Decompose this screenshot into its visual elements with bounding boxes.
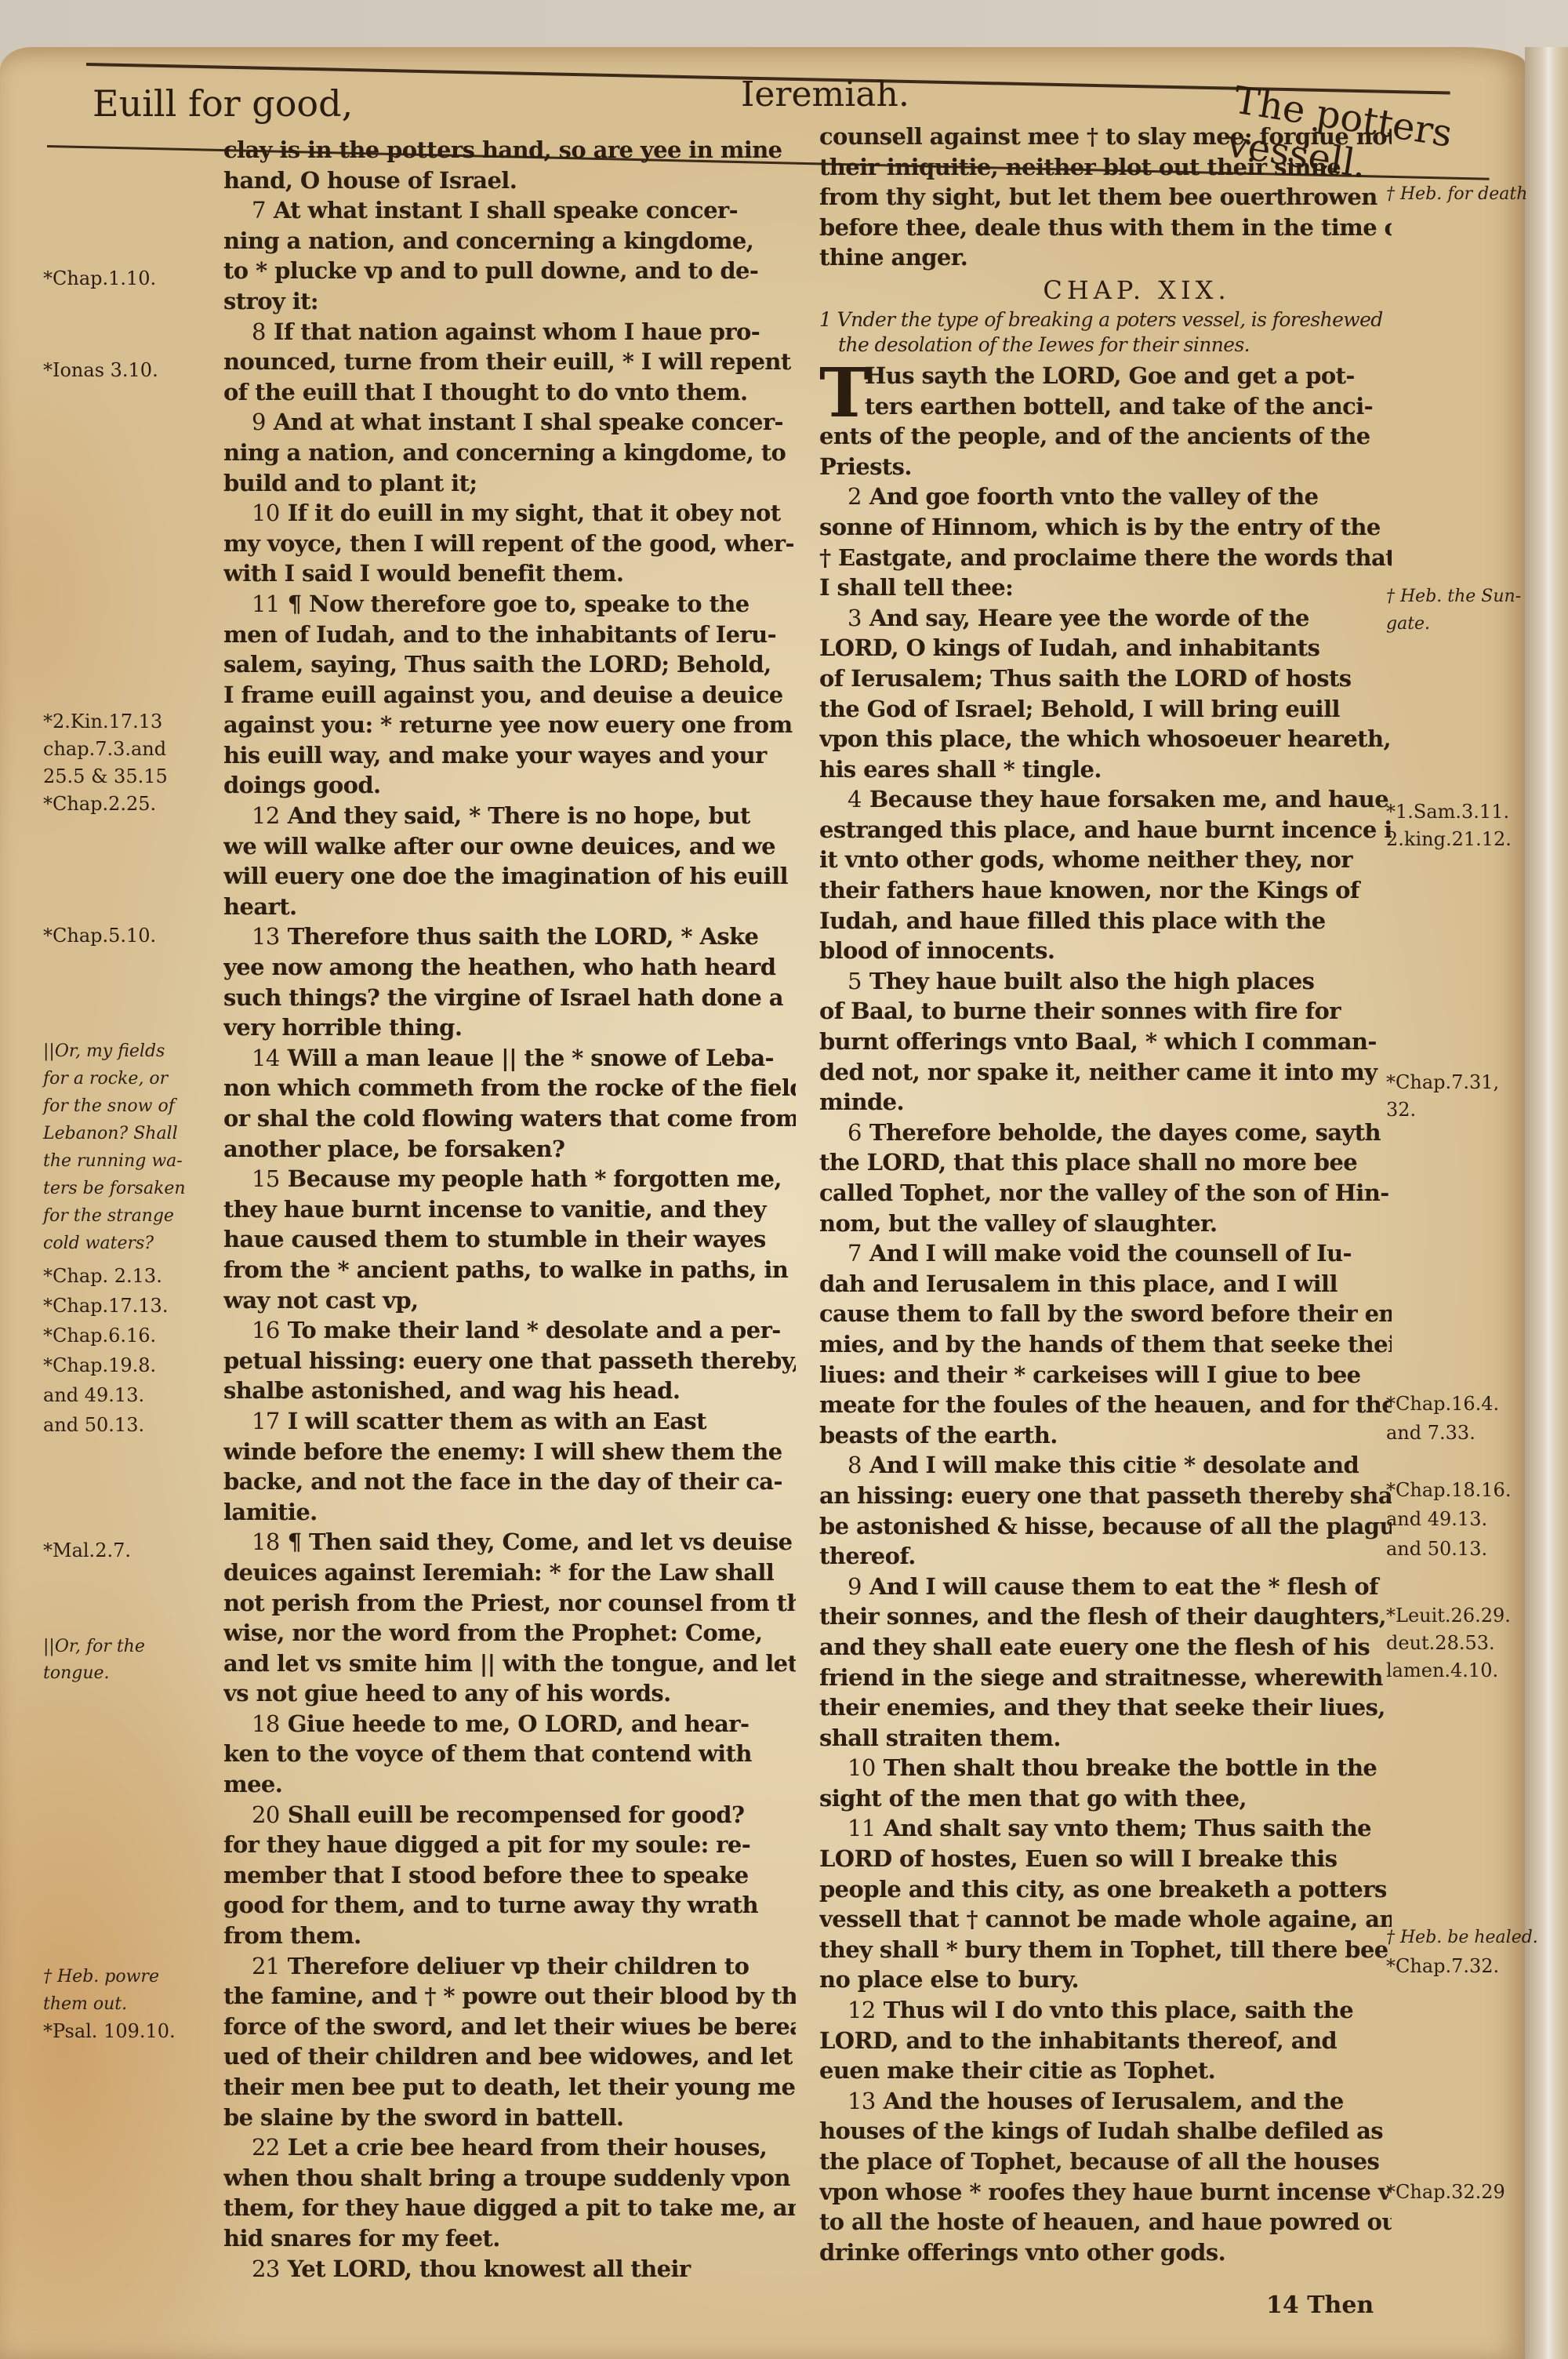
verse-text: very horrible thing. bbox=[223, 1014, 462, 1041]
text-line: non which commeth from the rocke of the … bbox=[223, 1073, 796, 1103]
text-line: doings good. bbox=[223, 770, 796, 801]
margin-note: Lebanon? Shall bbox=[43, 1121, 178, 1146]
verse-line: 16To make their land * desolate and a pe… bbox=[223, 1315, 796, 1346]
verse-text: ning a nation, and concerning a kingdome… bbox=[223, 227, 753, 254]
text-line: or shal the cold flowing waters that com… bbox=[223, 1103, 796, 1134]
text-line: drinke offerings vnto other gods. bbox=[819, 2237, 1392, 2268]
text-line: clay is in the potters hand, so are yee … bbox=[223, 135, 796, 165]
text-line: of Ierusalem; Thus saith the LORD of hos… bbox=[819, 663, 1392, 694]
margin-note: *Leuit.26.29. bbox=[1386, 1604, 1511, 1627]
verse-number: 8 bbox=[848, 1452, 862, 1478]
verse-number: 21 bbox=[252, 1953, 280, 1979]
verse-text: And shalt say vnto them; Thus saith the bbox=[884, 1815, 1371, 1841]
text-line: from thy sight, but let them bee ouerthr… bbox=[819, 182, 1392, 213]
text-line: ning a nation, and concerning a kingdome… bbox=[223, 438, 796, 468]
text-line: my voyce, then I will repent of the good… bbox=[223, 529, 796, 559]
text-line: counsell against mee † to slay mee: forg… bbox=[819, 122, 1392, 152]
verse-line: 7At what instant I shall speake concer- bbox=[223, 195, 796, 226]
text-line: cause them to fall by the sword before t… bbox=[819, 1299, 1392, 1329]
verse-text: they shall * bury them in Tophet, till t… bbox=[819, 1936, 1388, 1963]
verse-line: 5They haue built also the high places bbox=[819, 966, 1392, 997]
verse-text: they haue burnt incense to vanitie, and … bbox=[223, 1196, 766, 1223]
text-line: wise, nor the word from the Prophet: Com… bbox=[223, 1618, 796, 1648]
text-line: be slaine by the sword in battell. bbox=[223, 2103, 796, 2133]
margin-note: tongue. bbox=[43, 1661, 110, 1685]
verse-number: 12 bbox=[848, 1997, 876, 2023]
chapter-summary: 1 Vnder the type of breaking a poters ve… bbox=[819, 307, 1392, 358]
verse-text: At what instant I shall speake concer- bbox=[274, 197, 738, 224]
text-line: their enemies, and they that seeke their… bbox=[819, 1692, 1392, 1723]
text-line: will euery one doe the imagination of hi… bbox=[223, 861, 796, 892]
verse-text: vessell that † cannot be made whole agai… bbox=[819, 1906, 1392, 1932]
verse-text: them, for they haue digged a pit to take… bbox=[223, 2194, 796, 2221]
verse-line: 4Because they haue forsaken me, and haue bbox=[819, 784, 1392, 815]
verse-number: 10 bbox=[848, 1754, 876, 1781]
verse-number: 5 bbox=[848, 968, 862, 994]
verse-line: 21Therefore deliuer vp their children to bbox=[223, 1951, 796, 1982]
verse-line: 8And I will make this citie * desolate a… bbox=[819, 1450, 1392, 1481]
text-line: people and this city, as one breaketh a … bbox=[819, 1874, 1392, 1905]
verse-number: 18 bbox=[252, 1528, 280, 1555]
margin-note: 25.5 & 35.15 bbox=[43, 765, 168, 788]
verse-number: 10 bbox=[252, 500, 280, 526]
text-line: shalbe astonished, and wag his head. bbox=[223, 1376, 796, 1406]
verse-line: 11¶ Now therefore goe to, speake to the bbox=[223, 589, 796, 620]
text-line: heart. bbox=[223, 892, 796, 922]
verse-number: 7 bbox=[848, 1240, 862, 1267]
verse-number: 23 bbox=[252, 2255, 280, 2282]
summary-number: 1 bbox=[819, 308, 831, 331]
verse-line: 3And say, Heare yee the worde of the bbox=[819, 603, 1392, 634]
text-line: liues: and their * carkeises will I giue… bbox=[819, 1360, 1392, 1390]
margin-note: *Chap.32.29 bbox=[1386, 2180, 1505, 2204]
verse-number: 20 bbox=[252, 1801, 280, 1828]
margin-note: for the snow of bbox=[43, 1094, 175, 1118]
verse-number: 16 bbox=[252, 1317, 280, 1343]
text-line: them, for they haue digged a pit to take… bbox=[223, 2193, 796, 2223]
verse-text: non which commeth from the rocke of the … bbox=[223, 1074, 796, 1101]
text-line: vs not giue heed to any of his words. bbox=[223, 1678, 796, 1709]
verse-line: 18Giue heede to me, O LORD, and hear- bbox=[223, 1709, 796, 1739]
verse-text: salem, saying, Thus saith the LORD; Beho… bbox=[223, 651, 771, 678]
verse-number: 13 bbox=[252, 923, 280, 950]
verse-line: 18¶ Then said they, Come, and let vs deu… bbox=[223, 1527, 796, 1558]
text-line: burnt offerings vnto Baal, * which I com… bbox=[819, 1027, 1392, 1057]
margin-note: *Chap.16.4. bbox=[1386, 1392, 1499, 1416]
margin-note: gate. bbox=[1386, 612, 1430, 636]
text-line: against you: * returne yee now euery one… bbox=[223, 710, 796, 740]
text-line: the God of Israel; Behold, I will bring … bbox=[819, 694, 1392, 725]
chapter-opening: T Hus sayth the LORD, Goe and get a pot-… bbox=[819, 361, 1392, 421]
text-line: haue caused them to stumble in their way… bbox=[223, 1224, 796, 1255]
text-line: euen make their citie as Tophet. bbox=[819, 2055, 1392, 2086]
verse-text: force of the sword, and let their wiues … bbox=[223, 2013, 796, 2040]
text-line: backe, and not the face in the day of th… bbox=[223, 1467, 796, 1497]
margin-note: † Heb. the Sun- bbox=[1386, 584, 1521, 609]
verse-text: euen make their citie as Tophet. bbox=[819, 2057, 1215, 2084]
margin-note: ters be forsaken bbox=[43, 1176, 186, 1201]
verse-text: good for them, and to turne away thy wra… bbox=[223, 1892, 758, 1918]
verse-line: 13Therefore thus saith the LORD, * Aske bbox=[223, 921, 796, 952]
verse-line: 9And I will cause them to eat the * fles… bbox=[819, 1572, 1392, 1602]
verse-text: and let vs smite him || with the tongue,… bbox=[223, 1650, 796, 1677]
left-text-column: clay is in the potters hand, so are yee … bbox=[223, 135, 796, 2284]
opening-line-2: ters earthen bottell, and take of the an… bbox=[865, 391, 1392, 422]
text-line: dah and Ierusalem in this place, and I w… bbox=[819, 1269, 1392, 1299]
verse-line: 23Yet LORD, thou knowest all their bbox=[223, 2254, 796, 2284]
text-line: build and to plant it; bbox=[223, 468, 796, 499]
text-line: way not cast vp, bbox=[223, 1285, 796, 1316]
text-line: meate for the foules of the heauen, and … bbox=[819, 1390, 1392, 1420]
margin-note: ||Or, for the bbox=[43, 1634, 145, 1659]
text-line: to * plucke vp and to pull downe, and to… bbox=[223, 256, 796, 286]
text-line: thine anger. bbox=[819, 242, 1392, 273]
verse-text: petual hissing: euery one that passeth t… bbox=[223, 1347, 796, 1374]
verse-number: 8 bbox=[252, 318, 266, 345]
verse-text: mies, and by the hands of them that seek… bbox=[819, 1331, 1392, 1358]
verse-text: their men bee put to death, let their yo… bbox=[223, 2074, 796, 2100]
drop-cap: T bbox=[819, 362, 869, 425]
text-line: ning a nation, and concerning a kingdome… bbox=[223, 226, 796, 256]
verse-text: when thou shalt bring a troupe suddenly … bbox=[223, 2165, 790, 2191]
text-line: their men bee put to death, let their yo… bbox=[223, 2072, 796, 2103]
text-line: ued of their children and bee widowes, a… bbox=[223, 2041, 796, 2072]
verse-text: to all the hoste of heauen, and haue pow… bbox=[819, 2208, 1392, 2235]
verse-text: winde before the enemy: I will shew them… bbox=[223, 1438, 782, 1465]
text-line: LORD, O kings of Iudah, and inhabitants bbox=[819, 633, 1392, 663]
verse-text: heart. bbox=[223, 893, 297, 920]
verse-text: And I will cause them to eat the * flesh… bbox=[869, 1573, 1378, 1600]
text-line: LORD of hostes, Euen so will I breake th… bbox=[819, 1844, 1392, 1874]
text-line: nom, but the valley of slaughter. bbox=[819, 1209, 1392, 1239]
verse-text: from the * ancient paths, to walke in pa… bbox=[223, 1256, 796, 1283]
verse-text: thereof. bbox=[819, 1543, 916, 1569]
verse-text: an hissing: euery one that passeth there… bbox=[819, 1482, 1392, 1509]
text-line: mee. bbox=[223, 1769, 796, 1800]
text-line: ken to the voyce of them that contend wi… bbox=[223, 1739, 796, 1769]
text-line: their fathers haue knowen, nor the Kings… bbox=[819, 875, 1392, 906]
verse-text: Giue heede to me, O LORD, and hear- bbox=[288, 1710, 750, 1737]
verse-text: Then shalt thou breake the bottle in the bbox=[884, 1754, 1377, 1781]
verse-number: 12 bbox=[252, 802, 280, 829]
margin-note: *Chap.7.32. bbox=[1386, 1954, 1499, 1978]
verse-text: hid snares for my feet. bbox=[223, 2225, 500, 2252]
text-line: houses of the kings of Iudah shalbe defi… bbox=[819, 2116, 1392, 2146]
header-book-title: Ieremiah. bbox=[741, 75, 909, 114]
verse-line: 10If it do euill in my sight, that it ob… bbox=[223, 498, 796, 529]
text-line: be astonished & hisse, because of all th… bbox=[819, 1511, 1392, 1542]
summary-text: Vnder the type of breaking a poters vess… bbox=[837, 308, 1383, 356]
verse-text: backe, and not the face in the day of th… bbox=[223, 1468, 782, 1495]
verse-text: nom, but the valley of slaughter. bbox=[819, 1210, 1218, 1237]
text-line: to all the hoste of heauen, and haue pow… bbox=[819, 2207, 1392, 2237]
verse-text: houses of the kings of Iudah shalbe defi… bbox=[819, 2117, 1383, 2144]
margin-note: *Chap.19.8. bbox=[43, 1354, 156, 1377]
verse-text: And I will make this citie * desolate an… bbox=[869, 1452, 1359, 1478]
verse-text: member that I stood before thee to speak… bbox=[223, 1862, 749, 1888]
text-line: member that I stood before thee to speak… bbox=[223, 1860, 796, 1891]
verse-text: ded not, nor spake it, neither came it i… bbox=[819, 1059, 1377, 1085]
verse-number: 2 bbox=[848, 483, 862, 510]
verse-text: their fathers haue knowen, nor the Kings… bbox=[819, 877, 1359, 903]
margin-note: them out. bbox=[43, 1992, 127, 2016]
verse-line: 12And they said, * There is no hope, but bbox=[223, 801, 796, 831]
verse-text: for they haue digged a pit for my soule:… bbox=[223, 1831, 750, 1858]
text-line: hid snares for my feet. bbox=[223, 2223, 796, 2254]
verse-text: dah and Ierusalem in this place, and I w… bbox=[819, 1270, 1338, 1297]
margin-note: *Chap.1.10. bbox=[43, 267, 156, 290]
verse-text: vpon this place, the which whosoeuer hea… bbox=[819, 725, 1391, 752]
text-line: yee now among the heathen, who hath hear… bbox=[223, 952, 796, 983]
verse-text: we will walke after our owne deuices, an… bbox=[223, 833, 775, 860]
verse-text: be astonished & hisse, because of all th… bbox=[819, 1513, 1392, 1539]
text-line: an hissing: euery one that passeth there… bbox=[819, 1481, 1392, 1511]
verse-text: doings good. bbox=[223, 772, 381, 798]
verse-text: And they said, * There is no hope, but bbox=[288, 802, 750, 829]
text-line: of Baal, to burne their sonnes with fire… bbox=[819, 996, 1392, 1027]
verse-number: 3 bbox=[848, 605, 862, 631]
verse-text: from them. bbox=[223, 1922, 361, 1949]
margin-note: cold waters? bbox=[43, 1231, 154, 1256]
verse-text: LORD of hostes, Euen so will I breake th… bbox=[819, 1845, 1337, 1872]
verse-text: † Eastgate, and proclaime there the word… bbox=[819, 544, 1392, 571]
margin-note: chap.7.3.and bbox=[43, 737, 166, 761]
verse-number: 13 bbox=[848, 2088, 876, 2114]
verse-text: LORD, O kings of Iudah, and inhabitants bbox=[819, 634, 1319, 661]
verse-text: Therefore thus saith the LORD, * Aske bbox=[288, 923, 759, 950]
text-line: Iudah, and haue filled this place with t… bbox=[819, 906, 1392, 936]
verse-text: And goe foorth vnto the valley of the bbox=[869, 483, 1319, 510]
verse-text: their enemies, and they that seeke their… bbox=[819, 1694, 1385, 1721]
verse-number: 6 bbox=[848, 1119, 862, 1146]
text-line: shall straiten them. bbox=[819, 1723, 1392, 1754]
verse-number: 7 bbox=[252, 197, 266, 224]
margin-note: *Chap.18.16. bbox=[1386, 1478, 1511, 1502]
text-line: beasts of the earth. bbox=[819, 1420, 1392, 1451]
text-line: force of the sword, and let their wiues … bbox=[223, 2012, 796, 2042]
verse-number: 4 bbox=[848, 786, 862, 812]
text-line: not perish from the Priest, nor counsel … bbox=[223, 1588, 796, 1619]
verse-text: haue caused them to stumble in their way… bbox=[223, 1226, 766, 1252]
verse-text: his eares shall * tingle. bbox=[819, 756, 1102, 783]
verse-text: deuices against Ieremiah: * for the Law … bbox=[223, 1559, 774, 1586]
text-line: lamitie. bbox=[223, 1497, 796, 1528]
verse-line: 14Will a man leaue || the * snowe of Leb… bbox=[223, 1043, 796, 1074]
margin-note: and 50.13. bbox=[43, 1413, 144, 1437]
verse-text: wise, nor the word from the Prophet: Com… bbox=[223, 1619, 763, 1646]
verse-text: of the euill that I thought to do vnto t… bbox=[223, 379, 747, 405]
verse-text: I will scatter them as with an East bbox=[288, 1408, 706, 1434]
catchword: 14 Then bbox=[1266, 2292, 1374, 2319]
verse-number: 17 bbox=[252, 1408, 280, 1434]
verse-text: Because my people hath * forgotten me, bbox=[288, 1165, 782, 1192]
text-line: the famine, and † * powre out their bloo… bbox=[223, 1981, 796, 2012]
verse-text: To make their land * desolate and a per- bbox=[288, 1317, 781, 1343]
verse-text: sight of the men that go with thee, bbox=[819, 1785, 1247, 1812]
margin-note: the running wa- bbox=[43, 1149, 183, 1173]
text-line: from them. bbox=[223, 1921, 796, 1951]
verse-number: 14 bbox=[252, 1045, 280, 1071]
verse-line: 20Shall euill be recompensed for good? bbox=[223, 1800, 796, 1830]
verse-text: the famine, and † * powre out their bloo… bbox=[223, 1983, 796, 2009]
verse-text: no place else to bury. bbox=[819, 1966, 1079, 1993]
verse-text: vpon whose * roofes they haue burnt ince… bbox=[819, 2179, 1392, 2205]
text-line: for they haue digged a pit for my soule:… bbox=[223, 1830, 796, 1860]
verse-line: 11And shalt say vnto them; Thus saith th… bbox=[819, 1813, 1392, 1844]
verse-text: sonne of Hinnom, which is by the entry o… bbox=[819, 514, 1381, 540]
verse-text: I shall tell thee: bbox=[819, 574, 1013, 601]
verse-text: of Ierusalem; Thus saith the LORD of hos… bbox=[819, 665, 1351, 692]
verse-text: will euery one doe the imagination of hi… bbox=[223, 863, 788, 889]
margin-note: and 50.13. bbox=[1386, 1537, 1487, 1561]
verse-line: 9And at what instant I shal speake conce… bbox=[223, 407, 796, 438]
verse-text: called Tophet, nor the valley of the son… bbox=[819, 1179, 1389, 1206]
margin-note: lamen.4.10. bbox=[1386, 1659, 1498, 1682]
margin-note: ||Or, my fields bbox=[43, 1039, 165, 1063]
verse-text: way not cast vp, bbox=[223, 1287, 419, 1314]
verse-text: meate for the foules of the heauen, and … bbox=[819, 1391, 1392, 1418]
verse-line: 13And the houses of Ierusalem, and the bbox=[819, 2086, 1392, 2117]
verse-line: 22Let a crie bee heard from their houses… bbox=[223, 2132, 796, 2163]
verse-text: shalbe astonished, and wag his head. bbox=[223, 1377, 680, 1404]
verse-number: 9 bbox=[848, 1573, 862, 1600]
verse-text: their sonnes, and the flesh of their dau… bbox=[819, 1603, 1386, 1630]
verse-line: 7And I will make void the counsell of Iu… bbox=[819, 1238, 1392, 1269]
text-line: minde. bbox=[819, 1087, 1392, 1118]
text-line: they haue burnt incense to vanitie, and … bbox=[223, 1194, 796, 1225]
verse-text: Thus wil I do vnto this place, saith the bbox=[884, 1997, 1353, 2023]
text-line: thereof. bbox=[819, 1541, 1392, 1572]
verse-line: 10Then shalt thou breake the bottle in t… bbox=[819, 1753, 1392, 1783]
margin-note: for the strange bbox=[43, 1204, 174, 1228]
text-line: very horrible thing. bbox=[223, 1012, 796, 1043]
margin-note: *Chap.5.10. bbox=[43, 924, 156, 947]
margin-note: and 49.13. bbox=[43, 1383, 144, 1407]
verse-text: it vnto other gods, whome neither they, … bbox=[819, 846, 1352, 873]
margin-note: and 49.13. bbox=[1386, 1507, 1487, 1531]
verse-number: 11 bbox=[252, 591, 280, 617]
verse-text: And at what instant I shal speake concer… bbox=[274, 409, 783, 435]
verse-text: Iudah, and haue filled this place with t… bbox=[819, 907, 1326, 934]
text-line: hand, O house of Israel. bbox=[223, 165, 796, 196]
verse-text: I frame euill against you, and deuise a … bbox=[223, 682, 783, 708]
verse-line: 2And goe foorth vnto the valley of the bbox=[819, 482, 1392, 512]
verse-text: estranged this place, and haue burnt inc… bbox=[819, 816, 1392, 843]
text-line: another place, be forsaken? bbox=[223, 1134, 796, 1165]
page-edge bbox=[1525, 47, 1568, 2359]
verse-text: cause them to fall by the sword before t… bbox=[819, 1300, 1392, 1327]
margin-note: † Heb. powre bbox=[43, 1965, 159, 1989]
verse-text: ued of their children and bee widowes, a… bbox=[223, 2043, 793, 2070]
margin-note: † Heb. for death bbox=[1386, 182, 1527, 206]
margin-note: † Heb. be healed. bbox=[1386, 1925, 1538, 1950]
text-line: of the euill that I thought to do vnto t… bbox=[223, 377, 796, 408]
verse-text: the LORD, that this place shall no more … bbox=[819, 1149, 1357, 1176]
verse-text: beasts of the earth. bbox=[819, 1422, 1058, 1448]
text-line: mies, and by the hands of them that seek… bbox=[819, 1329, 1392, 1360]
margin-note: *Chap. 2.13. bbox=[43, 1264, 162, 1288]
text-line: ents of the people, and of the ancients … bbox=[819, 421, 1392, 452]
verse-text: against you: * returne yee now euery one… bbox=[223, 711, 793, 738]
text-line: his eares shall * tingle. bbox=[819, 754, 1392, 785]
verse-text: ning a nation, and concerning a kingdome… bbox=[223, 439, 786, 466]
verse-line: 6Therefore beholde, the dayes come, sayt… bbox=[819, 1118, 1392, 1148]
margin-note: *2.Kin.17.13 bbox=[43, 710, 162, 733]
text-line: I shall tell thee: bbox=[819, 572, 1392, 603]
text-line: vessell that † cannot be made whole agai… bbox=[819, 1904, 1392, 1935]
text-line: winde before the enemy: I will shew them… bbox=[223, 1437, 796, 1467]
text-line: and they shall eate euery one the flesh … bbox=[819, 1632, 1392, 1663]
text-line: the LORD, that this place shall no more … bbox=[819, 1147, 1392, 1178]
verse-text: Priests. bbox=[819, 453, 912, 480]
text-line: with I said I would benefit them. bbox=[223, 558, 796, 589]
text-line: before thee, deale thus with them in the… bbox=[819, 213, 1392, 243]
verse-text: be slaine by the sword in battell. bbox=[223, 2104, 623, 2131]
verse-text: and they shall eate euery one the flesh … bbox=[819, 1634, 1370, 1660]
margin-note: *Chap.17.13. bbox=[43, 1294, 168, 1318]
text-line: LORD, and to the inhabitants thereof, an… bbox=[819, 2026, 1392, 2056]
text-line: estranged this place, and haue burnt inc… bbox=[819, 815, 1392, 845]
text-line: good for them, and to turne away thy wra… bbox=[223, 1890, 796, 1921]
text-line: men of Iudah, and to the inhabitants of … bbox=[223, 620, 796, 650]
opening-line-1: Hus sayth the LORD, Goe and get a pot- bbox=[865, 361, 1392, 391]
margin-note: deut.28.53. bbox=[1386, 1631, 1495, 1655]
text-line: petual hissing: euery one that passeth t… bbox=[223, 1346, 796, 1376]
header-left-title: Euill for good, bbox=[93, 82, 353, 125]
verse-text: mee. bbox=[223, 1771, 282, 1797]
verse-text: And say, Heare yee the worde of the bbox=[869, 605, 1309, 631]
verse-text: with I said I would benefit them. bbox=[223, 560, 623, 587]
text-line: called Tophet, nor the valley of the son… bbox=[819, 1178, 1392, 1209]
chapter-19-body: ents of the people, and of the ancients … bbox=[819, 421, 1392, 2267]
text-line: their iniquitie, neither blot out their … bbox=[819, 152, 1392, 183]
text-line: † Eastgate, and proclaime there the word… bbox=[819, 543, 1392, 573]
verse-text: burnt offerings vnto Baal, * which I com… bbox=[819, 1028, 1377, 1055]
verse-text: liues: and their * carkeises will I giue… bbox=[819, 1361, 1361, 1388]
margin-note: *Ionas 3.10. bbox=[43, 358, 158, 382]
verse-text: stroy it: bbox=[223, 288, 318, 314]
verse-text: Because they haue forsaken me, and haue bbox=[869, 786, 1388, 812]
margin-note: 32. bbox=[1386, 1098, 1416, 1121]
chapter-heading: CHAP. XIX. bbox=[819, 273, 1392, 307]
verse-text: If it do euill in my sight, that it obey… bbox=[288, 500, 781, 526]
verse-text: If that nation against whom I haue pro- bbox=[274, 318, 760, 345]
verse-text: Yet LORD, thou knowest all their bbox=[288, 2255, 691, 2282]
margin-note: *Chap.7.31, bbox=[1386, 1070, 1499, 1094]
text-line: no place else to bury. bbox=[819, 1965, 1392, 1995]
verse-text: people and this city, as one breaketh a … bbox=[819, 1876, 1387, 1903]
verse-line: 15Because my people hath * forgotten me, bbox=[223, 1164, 796, 1194]
verse-text: blood of innocents. bbox=[819, 937, 1054, 964]
margin-note: *Mal.2.7. bbox=[43, 1539, 131, 1562]
text-line: and let vs smite him || with the tongue,… bbox=[223, 1648, 796, 1679]
chapter-18-conclusion: counsell against mee † to slay mee: forg… bbox=[819, 122, 1392, 273]
verse-text: the place of Tophet, because of all the … bbox=[819, 2148, 1379, 2175]
text-line: deuices against Ieremiah: * for the Law … bbox=[223, 1558, 796, 1588]
text-line: it vnto other gods, whome neither they, … bbox=[819, 845, 1392, 875]
verse-text: And I will make void the counsell of Iu- bbox=[869, 1240, 1352, 1267]
verse-text: ken to the voyce of them that contend wi… bbox=[223, 1740, 752, 1767]
verse-text: LORD, and to the inhabitants thereof, an… bbox=[819, 2027, 1337, 2054]
verse-text: ¶ Now therefore goe to, speake to the bbox=[288, 591, 750, 617]
verse-text: my voyce, then I will repent of the good… bbox=[223, 530, 794, 557]
text-line: I frame euill against you, and deuise a … bbox=[223, 680, 796, 711]
text-line: sonne of Hinnom, which is by the entry o… bbox=[819, 512, 1392, 543]
text-line: we will walke after our owne deuices, an… bbox=[223, 831, 796, 862]
text-line: stroy it: bbox=[223, 286, 796, 317]
verse-text: yee now among the heathen, who hath hear… bbox=[223, 954, 775, 980]
verse-text: shall straiten them. bbox=[819, 1725, 1061, 1751]
